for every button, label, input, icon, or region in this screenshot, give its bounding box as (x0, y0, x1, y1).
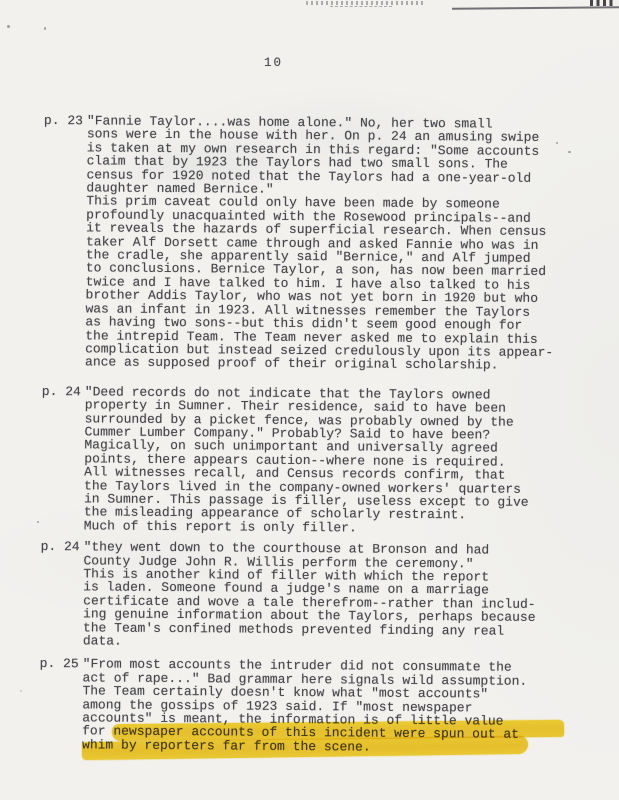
paragraph-ref: p. 25 (40, 657, 83, 671)
paragraph-text: "Deed records do not indicate that the T… (84, 385, 594, 536)
paragraph-ref: p. 24 (41, 540, 84, 554)
scan-speck (7, 25, 10, 28)
paragraph-p23: p. 23 "Fannie Taylor....was home alone."… (42, 114, 596, 373)
scan-speck (20, 690, 22, 692)
paragraph-ref: p. 23 (44, 114, 87, 128)
paragraph-text: "Fannie Taylor....was home alone." No, h… (85, 114, 596, 373)
paragraph-p24-courthouse: p. 24 "they went down to the courthouse … (40, 540, 593, 652)
scanned-document-page: 10 p. 23 "Fannie Taylor....was home alon… (0, 0, 619, 800)
document-body: p. 23 "Fannie Taylor....was home alone."… (39, 114, 596, 756)
paragraph-text: "From most accounts the intruder did not… (82, 658, 592, 729)
scan-speck (37, 521, 39, 523)
paragraph-text: "they went down to the courthouse at Bro… (83, 541, 593, 652)
scan-artifact-top-right-rule (452, 6, 619, 9)
scan-artifact-top-right-glyphs (590, 0, 616, 6)
scan-speck (44, 27, 46, 30)
scan-artifact-top-center-text (306, 1, 424, 5)
page-number: 10 (264, 56, 283, 70)
scan-artifact-dashed-underline (330, 6, 392, 7)
paragraph-ref: p. 24 (42, 385, 85, 399)
paragraph-p24-deed-records: p. 24 "Deed records do not indicate that… (41, 385, 594, 537)
